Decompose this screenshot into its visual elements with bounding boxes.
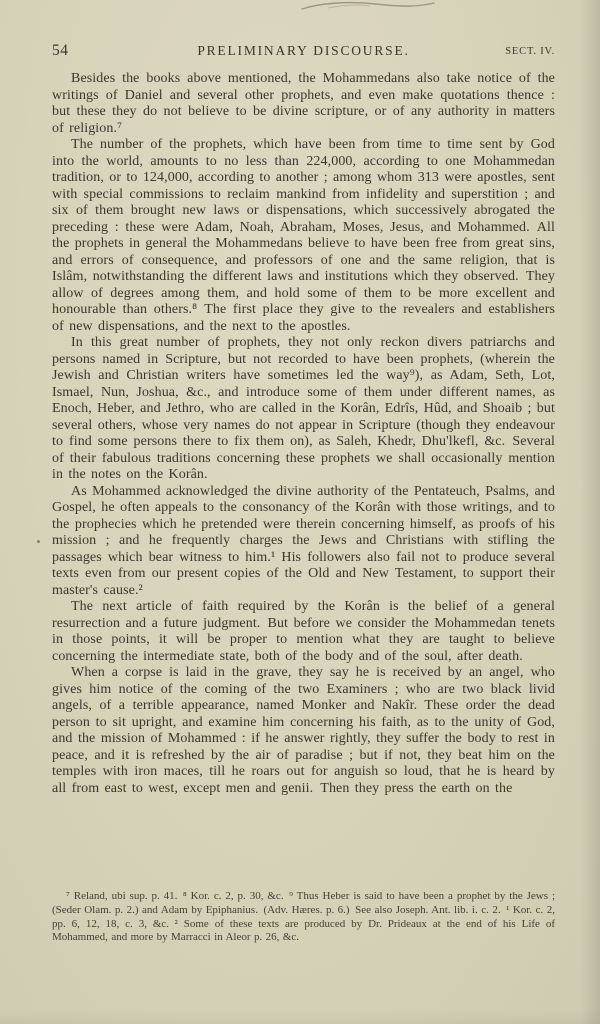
ink-speck <box>37 540 40 543</box>
body-paragraph: The number of the prophets, which have b… <box>52 137 555 335</box>
page-bottom-shadow <box>0 1010 600 1024</box>
body-paragraph: In this great number of prophets, they n… <box>52 335 555 484</box>
body-paragraph: As Mohammed acknowledged the divine auth… <box>52 484 555 600</box>
running-head: 54 PRELIMINARY DISCOURSE. SECT. IV. <box>52 42 555 60</box>
pencil-smudge-mark <box>298 0 438 14</box>
body-paragraph: The next article of faith required by th… <box>52 599 555 665</box>
body-paragraph: Besides the books above mentioned, the M… <box>52 71 555 137</box>
page-edge-shadow <box>580 0 600 1024</box>
book-page: 54 PRELIMINARY DISCOURSE. SECT. IV. Besi… <box>0 0 600 1024</box>
section-label: SECT. IV. <box>505 46 555 57</box>
body-paragraph: When a corpse is laid in the grave, they… <box>52 665 555 797</box>
running-title: PRELIMINARY DISCOURSE. <box>52 43 555 59</box>
body-text: Besides the books above mentioned, the M… <box>52 71 555 797</box>
page-content: 54 PRELIMINARY DISCOURSE. SECT. IV. Besi… <box>52 42 555 797</box>
footnotes: ⁷ Reland, ubi sup. p. 41. ⁸ Kor. c. 2, p… <box>52 890 555 945</box>
